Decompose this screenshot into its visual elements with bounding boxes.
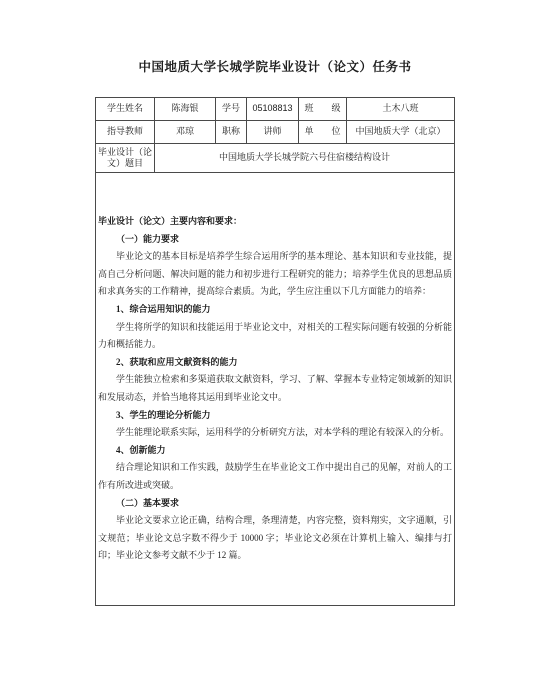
thesis-topic-label: 毕业设计（论文）题目 [96,144,155,173]
student-name-value: 陈海银 [155,98,216,121]
item-4-heading: 4、创新能力 [98,442,452,460]
item-3-heading: 3、学生的理论分析能力 [98,407,452,425]
unit-label: 单 位 [299,121,347,144]
requirements-cell: 毕业设计（论文）主要内容和要求： （一）能力要求 毕业论文的基本目标是培养学生综… [96,173,455,606]
table-row: 毕业设计（论文）主要内容和要求： （一）能力要求 毕业论文的基本目标是培养学生综… [96,173,455,606]
table-row: 毕业设计（论文）题目 中国地质大学长城学院六号住宿楼结构设计 [96,144,455,173]
table-row: 指导教师 邓琼 职称 讲师 单 位 中国地质大学（北京） [96,121,455,144]
section-1-intro: 毕业论文的基本目标是培养学生综合运用所学的基本理论、基本知识和专业技能，提高自己… [98,248,452,301]
section-2-body: 毕业论文要求立论正确，结构合理，条理清楚，内容完整，资料翔实，文字通顺，引文规范… [98,512,452,565]
item-1-heading: 1、综合运用知识的能力 [98,301,452,319]
content-title: 毕业设计（论文）主要内容和要求： [98,213,452,231]
advisor-value: 邓琼 [155,121,216,144]
item-1-body: 学生将所学的知识和技能运用于毕业论文中，对相关的工程实际问题有较强的分析能力和概… [98,319,452,354]
info-table: 学生姓名 陈海银 学号 05108813 班 级 土木八班 指导教师 邓琼 职称… [95,97,455,606]
unit-value: 中国地质大学（北京） [347,121,455,144]
title-rank-label: 职称 [216,121,247,144]
section-2-heading: （二）基本要求 [98,495,452,513]
item-3-body: 学生能理论联系实际，运用科学的分析研究方法，对本学科的理论有较深入的分析。 [98,424,452,442]
document-page: 中国地质大学长城学院毕业设计（论文）任务书 学生姓名 陈海银 学号 051088… [0,0,550,688]
document-title: 中国地质大学长城学院毕业设计（论文）任务书 [0,0,550,76]
item-2-heading: 2、获取和应用文献资料的能力 [98,354,452,372]
thesis-topic-value: 中国地质大学长城学院六号住宿楼结构设计 [155,144,455,173]
class-value: 土木八班 [347,98,455,121]
section-1-heading: （一）能力要求 [98,231,452,249]
item-2-body: 学生能独立检索和多渠道获取文献资料，学习、了解、掌握本专业特定领域新的知识和发展… [98,371,452,406]
table-row: 学生姓名 陈海银 学号 05108813 班 级 土木八班 [96,98,455,121]
class-label: 班 级 [299,98,347,121]
student-id-value: 05108813 [247,98,299,121]
student-id-label: 学号 [216,98,247,121]
item-4-body: 结合理论知识和工作实践，鼓励学生在毕业论文工作中提出自己的见解，对前人的工作有所… [98,459,452,494]
title-rank-value: 讲师 [247,121,299,144]
advisor-label: 指导教师 [96,121,155,144]
student-name-label: 学生姓名 [96,98,155,121]
